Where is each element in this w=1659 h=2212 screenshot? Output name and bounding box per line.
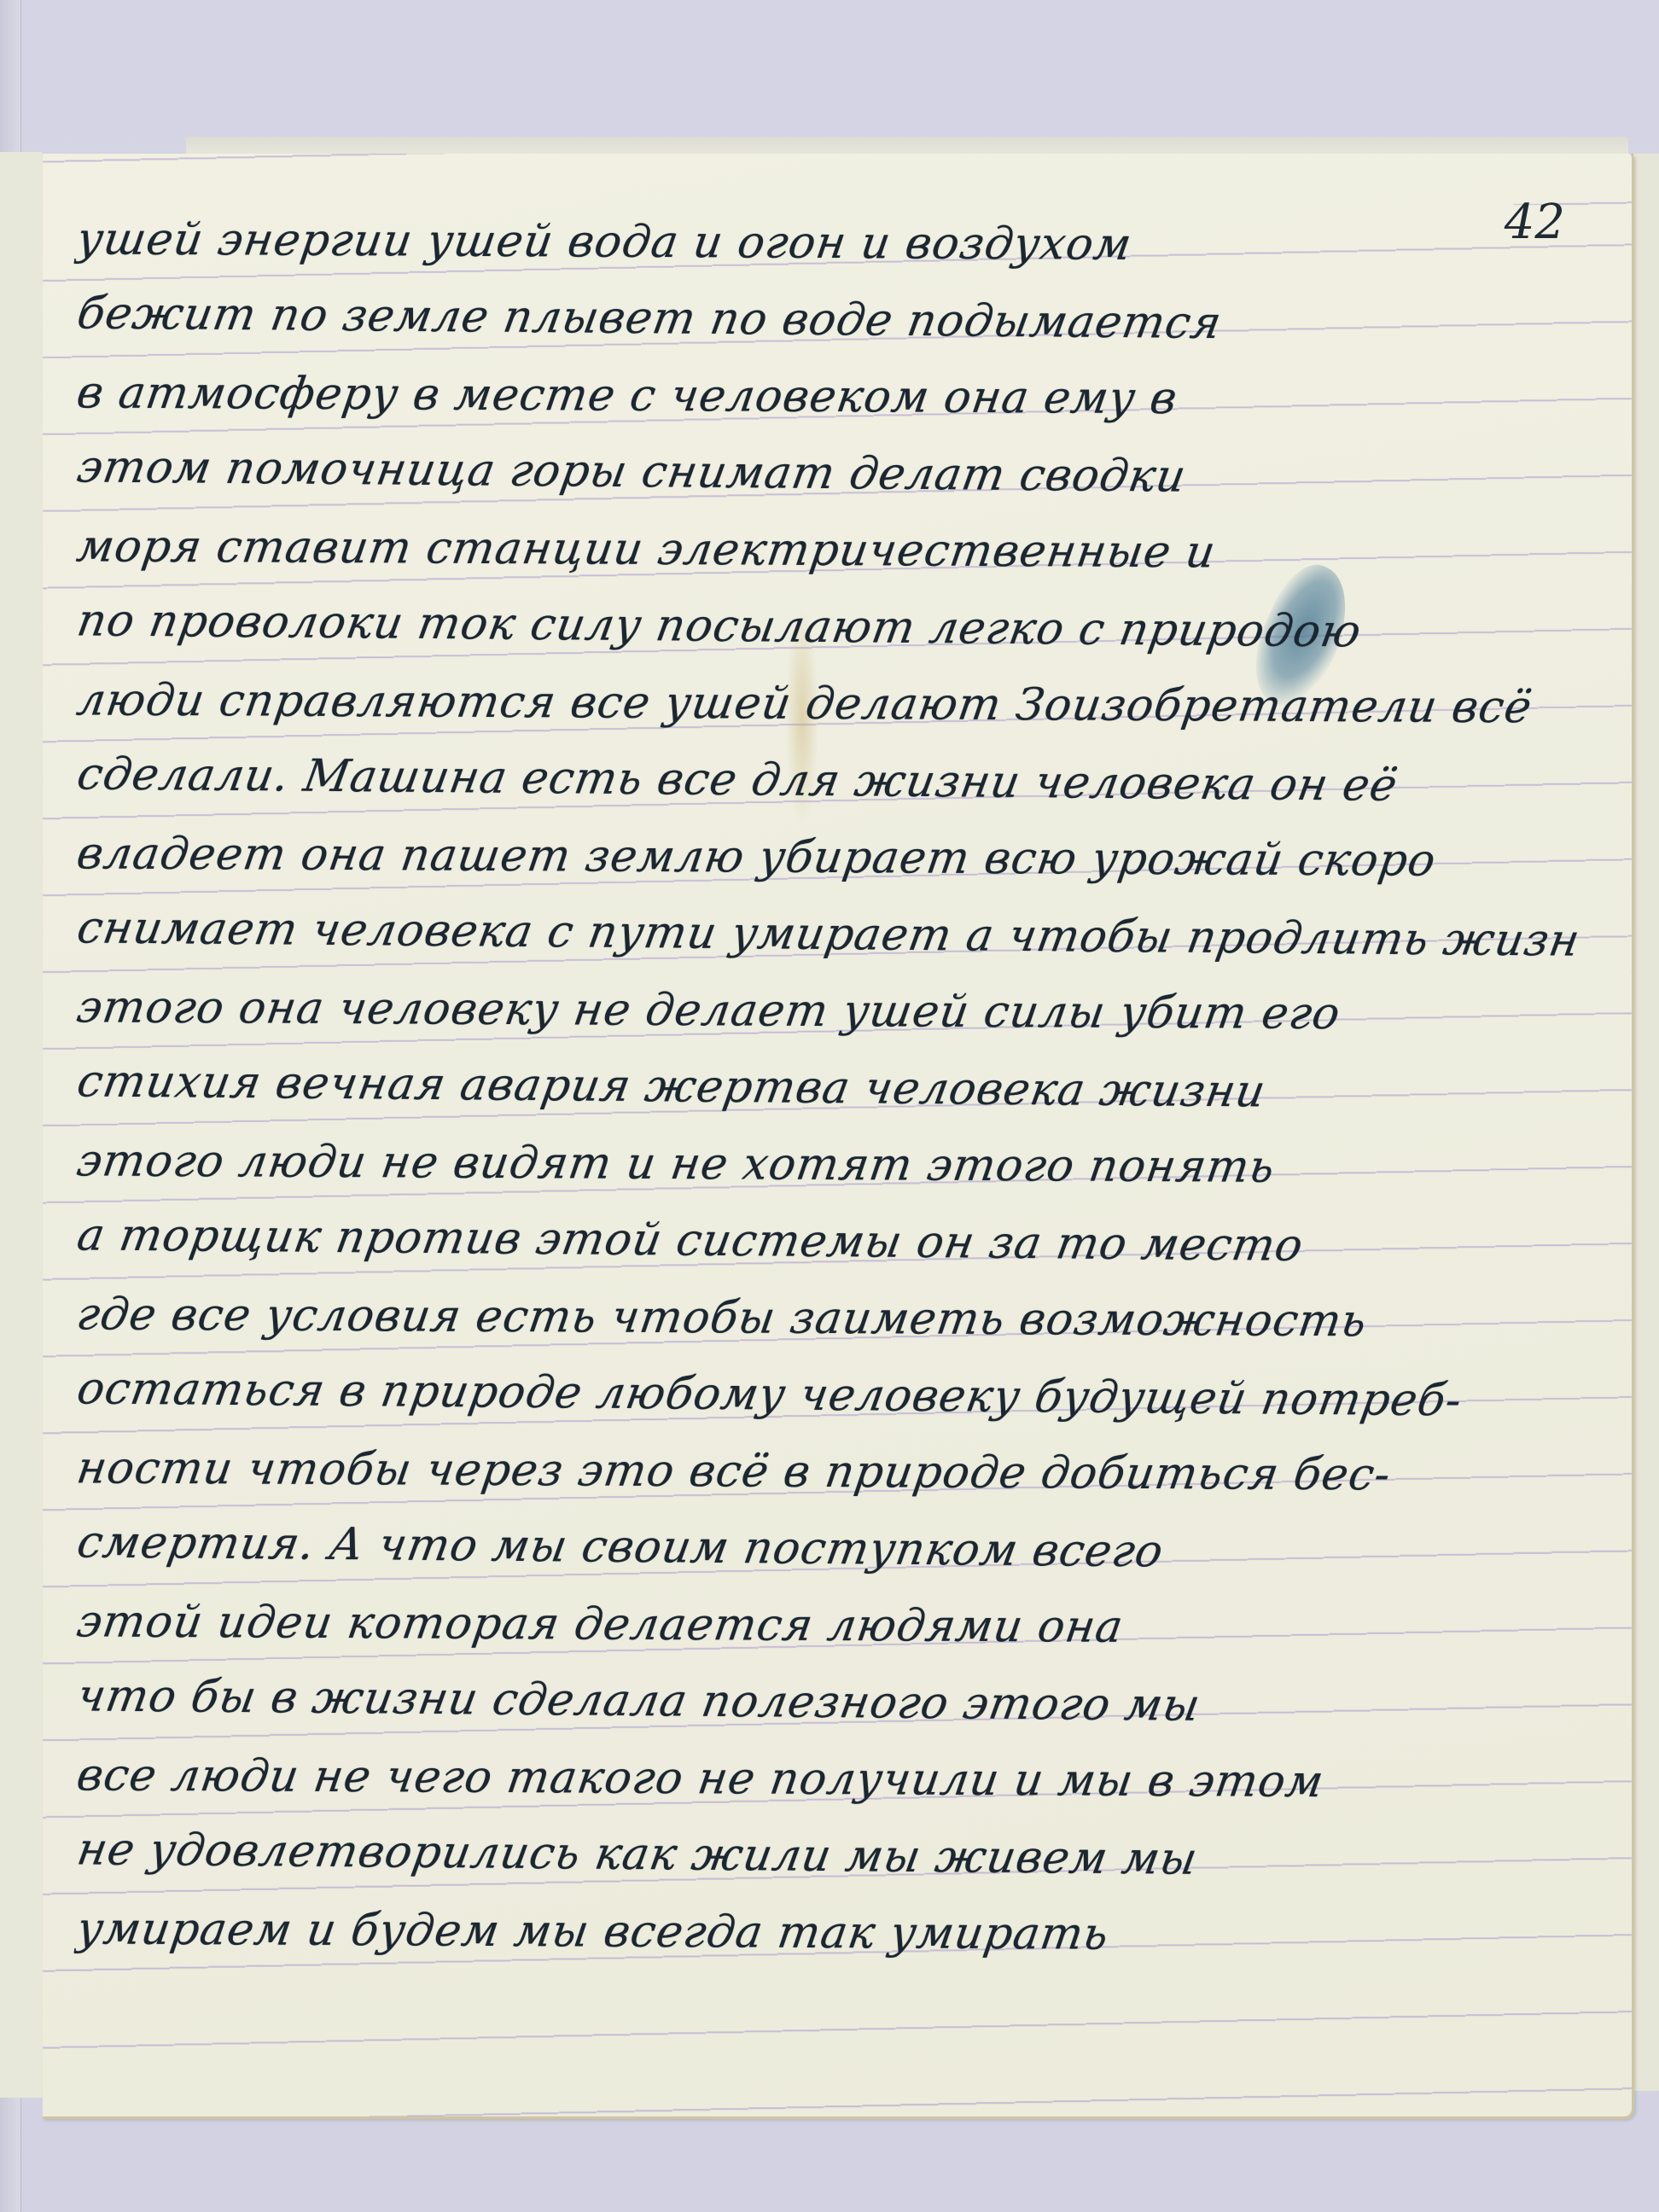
- handwritten-line: сделали. Машина есть все для жизни челов…: [72, 736, 1585, 825]
- handwritten-line: все люди не чего такого не получили и мы…: [72, 1737, 1584, 1821]
- page-stack-edge: [1632, 154, 1659, 2091]
- handwritten-line: владеет она пашет землю убирает всю урож…: [72, 815, 1584, 899]
- handwritten-line: этого люди не видят и не хотят этого пон…: [72, 1122, 1584, 1207]
- handwritten-line: по проволоки ток силу посылают легко с п…: [72, 582, 1585, 672]
- handwritten-line: люди справляются все ушей делают Зоизобр…: [72, 661, 1584, 746]
- handwritten-line: где все условия есть чтобы заиметь возмо…: [72, 1276, 1584, 1360]
- handwritten-line: этого она человеку не делает ушей силы у…: [72, 969, 1584, 1053]
- handwritten-line: что бы в жизни сделала полезного этого м…: [72, 1657, 1585, 1747]
- handwritten-line: моря ставит станции электричественные и: [72, 508, 1584, 592]
- handwritten-line: этой идеи которая делается людями она: [72, 1583, 1584, 1668]
- handwritten-line: стихия вечная авария жертва человека жиз…: [72, 1043, 1585, 1132]
- notebook-page: 42 ушей энергии ушей вода и огон и возду…: [43, 154, 1634, 2119]
- handwritten-text: ушей энергии ушей вода и огон и воздухом…: [77, 205, 1579, 1971]
- handwritten-line: этом помочница горы снимат делат сводки: [72, 428, 1585, 518]
- handwritten-line: ности чтобы через это всё в природе доби…: [72, 1429, 1584, 1514]
- handwritten-line: остаться в природе любому человеку будущ…: [72, 1350, 1585, 1440]
- handwritten-line: смертия. А что мы своим поступком всего: [72, 1504, 1585, 1593]
- handwritten-line: а торщик против этой системы он за то ме…: [72, 1196, 1585, 1286]
- handwritten-line: умираем и будем мы всегда так умирать: [72, 1890, 1584, 1975]
- handwritten-line: бежит по земле плывет по воде подымается: [72, 275, 1585, 364]
- handwritten-line: снимает человека с пути умирает а чтобы …: [72, 889, 1585, 979]
- binding-margin: [0, 152, 44, 2098]
- handwritten-line: не удовлетворились как жили мы живем мы: [72, 1811, 1585, 1901]
- handwritten-line: ушей энергии ушей вода и огон и воздухом: [72, 201, 1584, 285]
- handwritten-line: в атмосферу в месте с человеком она ему …: [72, 354, 1584, 439]
